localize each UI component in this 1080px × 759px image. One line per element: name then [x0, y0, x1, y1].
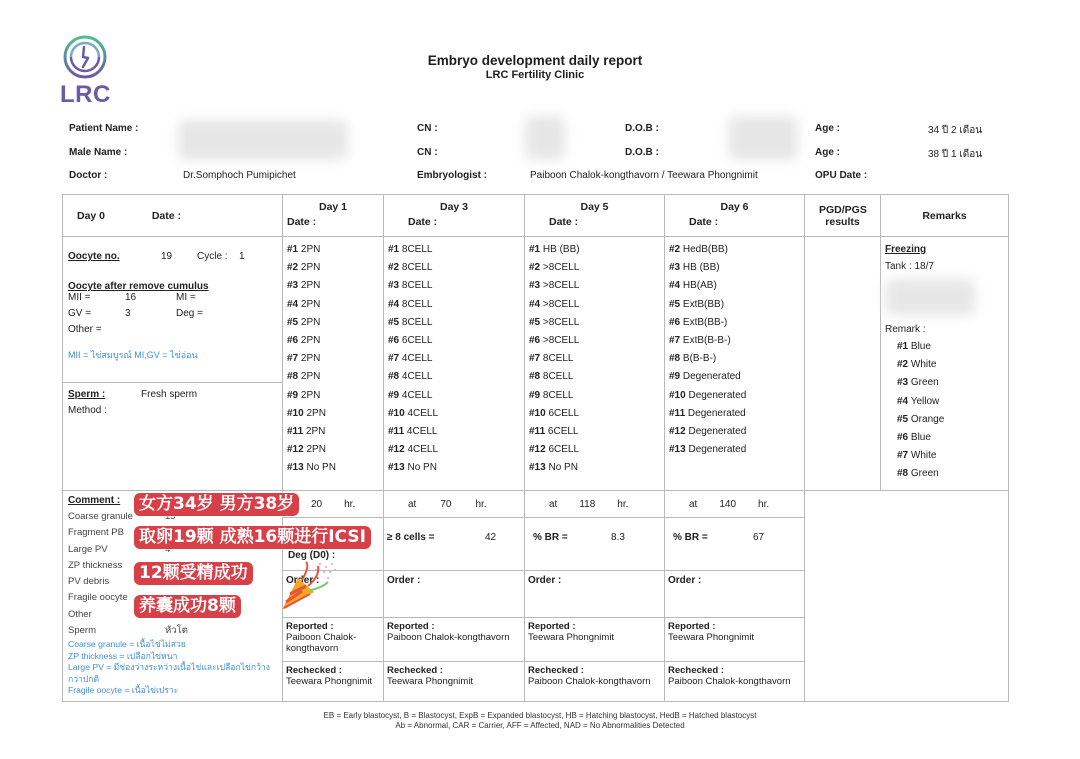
embryo-grade: >8CELL — [540, 299, 579, 310]
male-age: 38 ปี 1 เดือน — [928, 147, 982, 162]
embryo-list-item: #7 2PN — [287, 350, 383, 368]
freezing-remark-item: #7 White — [897, 447, 1004, 465]
sticker-fertilized: 12颗受精成功 — [134, 562, 253, 585]
embryo-number: #7 — [529, 353, 540, 364]
after-cumulus-heading: Oocyte after remove cumulus — [68, 281, 278, 292]
embryo-list-item: #1 8CELL — [388, 241, 524, 259]
embryo-number: #7 — [388, 353, 399, 364]
clinic-name: LRC Fertility Clinic — [0, 69, 1070, 81]
embryo-grade: Blue — [908, 341, 931, 352]
embryo-list-item: #5 >8CELL — [529, 314, 664, 332]
day6-order: Order : — [665, 571, 805, 618]
embryo-list-item: #3 >8CELL — [529, 277, 664, 295]
embryo-grade: 8CELL — [399, 244, 432, 255]
embryo-number: #13 — [669, 444, 686, 455]
embryo-number: #13 — [287, 462, 304, 473]
embryo-grade: No PN — [546, 462, 578, 473]
embryo-grade: HedB(BB) — [680, 244, 728, 255]
embryo-number: #13 — [388, 462, 405, 473]
report-title: Embryo development daily report — [0, 53, 1070, 68]
embryo-list-item: #8 8CELL — [529, 368, 664, 386]
embryo-list-item: #13 Degenerated — [669, 441, 804, 459]
embryo-list-item: #11 2PN — [287, 423, 383, 441]
comment-key: PV debris — [68, 576, 109, 587]
embryo-grade: Degenerated — [680, 371, 741, 382]
embryo-grade: 6CELL — [546, 444, 579, 455]
day3-cell-rate: ≥ 8 cells =42 — [384, 518, 525, 571]
day6-hours: at140hr. — [665, 491, 805, 518]
embryo-number: #7 — [897, 450, 908, 461]
doctor-value: Dr.Somphoch Pumipichet — [183, 170, 296, 181]
embryo-grade: 6CELL — [546, 408, 579, 419]
freezing-remark-item: #6 Blue — [897, 429, 1004, 447]
embryo-grade: Degenerated — [686, 390, 747, 401]
day0-header: Day 0 Date : — [63, 195, 283, 237]
day1-reported: Reported :Paiboon Chalok-kongthavorn — [283, 618, 384, 662]
embryo-grade: 8CELL — [540, 390, 573, 401]
embryo-list-item: #6 >8CELL — [529, 332, 664, 350]
day5-order: Order : — [525, 571, 665, 618]
embryo-list-item: #9 2PN — [287, 387, 383, 405]
remarks-header: Remarks — [881, 195, 1009, 237]
embryo-number: #1 — [287, 244, 298, 255]
embryo-grade: Yellow — [908, 396, 939, 407]
embryo-number: #11 — [529, 426, 545, 437]
female-age: 34 ปี 2 เดือน — [928, 123, 982, 138]
embryo-number: #1 — [388, 244, 399, 255]
embryo-list-item: #6 6CELL — [388, 332, 524, 350]
day3-embryos: #1 8CELL#2 8CELL#3 8CELL#4 8CELL#5 8CELL… — [384, 237, 525, 491]
embryo-number: #10 — [287, 408, 304, 419]
embryo-grade: Degenerated — [686, 426, 747, 437]
embryo-list-item: #7 4CELL — [388, 350, 524, 368]
embryo-list-item: #10 4CELL — [388, 405, 524, 423]
embryo-number: #12 — [287, 444, 304, 455]
day6-embryos: #2 HedB(BB)#3 HB (BB)#4 HB(AB)#5 ExtB(BB… — [665, 237, 805, 491]
embryo-list-item: #2 >8CELL — [529, 259, 664, 277]
comment-key: Sperm — [68, 625, 96, 636]
embryo-grade: 2PN — [304, 408, 326, 419]
cn-label-male: CN : — [417, 147, 438, 158]
embryo-number: #3 — [669, 262, 680, 273]
embryo-number: #9 — [388, 390, 399, 401]
embryo-number: #11 — [388, 426, 404, 437]
logo-text: LRC — [60, 82, 110, 108]
age-label-male: Age : — [815, 147, 840, 158]
comment-row: Spermหัวโต — [68, 623, 278, 639]
abbreviation-legend-line2: Ab = Abnormal, CAR = Carrier, AFF = Affe… — [0, 721, 1080, 730]
embryo-number: #6 — [388, 335, 399, 346]
embryo-number: #3 — [287, 280, 298, 291]
embryo-list-item: #11 6CELL — [529, 423, 664, 441]
day6-rechecked: Rechecked :Paiboon Chalok-kongthavorn — [665, 662, 805, 702]
embryo-grade: >8CELL — [540, 262, 579, 273]
embryo-number: #12 — [388, 444, 405, 455]
remarks-cell: Freezing Tank : 18/7 Remark : #1 Blue#2 … — [881, 237, 1009, 491]
comment-legend-line: Coarse granule = เนื้อไข่ไม่สวย — [68, 639, 278, 651]
comment-legend-line: Fragile oocyte = เนื้อไข่เปราะ — [68, 685, 278, 697]
embryo-grade: 6CELL — [399, 335, 432, 346]
cn-label-female: CN : — [417, 123, 438, 134]
embryo-number: #5 — [287, 317, 298, 328]
embryo-grade: 4CELL — [404, 426, 437, 437]
embryo-number: #12 — [529, 444, 546, 455]
embryo-number: #11 — [287, 426, 303, 437]
embryo-grade: 4CELL — [405, 408, 438, 419]
embryo-grade: >8CELL — [540, 317, 579, 328]
embryo-grade: HB (BB) — [540, 244, 579, 255]
embryo-number: #3 — [897, 377, 908, 388]
comment-value: หัวโต — [165, 623, 188, 639]
comment-key: Other — [68, 609, 92, 620]
embryo-list-item: #12 6CELL — [529, 441, 664, 459]
embryo-list-item: #3 2PN — [287, 277, 383, 295]
pgd-header: PGD/PGS results — [805, 195, 881, 237]
embryo-list-item: #4 8CELL — [388, 296, 524, 314]
embryo-number: #12 — [669, 426, 686, 437]
comment-legend-line: ZP thickness = เปลือกไข่หนา — [68, 651, 278, 663]
embryo-number: #2 — [287, 262, 298, 273]
embryo-grade: No PN — [405, 462, 437, 473]
embryo-number: #2 — [669, 244, 680, 255]
day3-header: Day 3 Date : — [384, 195, 525, 237]
embryo-grade: 2PN — [298, 262, 320, 273]
day6-header: Day 6 Date : — [665, 195, 805, 237]
sticker-retrieval: 取卵19颗 成熟16颗进行ICSI — [134, 526, 371, 549]
embryo-list-item: #4 2PN — [287, 296, 383, 314]
remark-label: Remark : — [885, 321, 1004, 338]
day0-cell: Oocyte no. 19 Cycle : 1 Oocyte after rem… — [63, 237, 283, 491]
embryo-grade: 4CELL — [399, 371, 432, 382]
embryo-number: #1 — [529, 244, 540, 255]
embryo-number: #8 — [529, 371, 540, 382]
embryo-grade: Degenerated — [685, 408, 746, 419]
day5-hours: at118hr. — [525, 491, 665, 518]
sticker-ages: 女方34岁 男方38岁 — [134, 493, 299, 516]
embryo-number: #4 — [897, 396, 908, 407]
day1-rechecked: Rechecked :Teewara Phongnimit — [283, 662, 384, 702]
embryo-list-item: #11 4CELL — [388, 423, 524, 441]
embryo-grade: 8CELL — [540, 353, 573, 364]
redacted-freezing-info — [885, 275, 1004, 319]
abbreviation-legend-line1: EB = Early blastocyst, B = Blastocyst, E… — [0, 711, 1080, 720]
embryo-grade: Orange — [908, 414, 944, 425]
embryo-list-item: #3 8CELL — [388, 277, 524, 295]
embryo-list-item: #13 No PN — [287, 459, 383, 477]
embryo-grade: 8CELL — [399, 280, 432, 291]
embryo-grade: 2PN — [298, 371, 320, 382]
embryo-number: #2 — [897, 359, 908, 370]
embryo-list-item: #8 4CELL — [388, 368, 524, 386]
freezing-remark-item: #8 Green — [897, 465, 1004, 483]
tank-value: Tank : 18/7 — [885, 258, 1004, 275]
comment-key: Fragment PB — [68, 527, 124, 538]
embryo-number: #4 — [287, 299, 298, 310]
embryo-grade: 2PN — [298, 335, 320, 346]
embryo-grade: Green — [908, 377, 939, 388]
day1-embryos: #1 2PN#2 2PN#3 2PN#4 2PN#5 2PN#6 2PN#7 2… — [283, 237, 384, 491]
embryo-number: #6 — [669, 317, 680, 328]
embryo-grade: ExtB(BB) — [680, 299, 724, 310]
embryo-grade: 2PN — [298, 299, 320, 310]
embryo-list-item: #13 No PN — [529, 459, 664, 477]
embryo-grade: 8CELL — [399, 262, 432, 273]
pgd-results-cell — [805, 237, 881, 491]
embryo-list-item: #3 HB (BB) — [669, 259, 804, 277]
embryo-number: #9 — [529, 390, 540, 401]
embryo-number: #6 — [529, 335, 540, 346]
doctor-label: Doctor : — [69, 170, 107, 181]
day3-reported: Reported :Paiboon Chalok-kongthavorn — [384, 618, 525, 662]
embryo-number: #8 — [897, 468, 908, 479]
embryo-list-item: #12 4CELL — [388, 441, 524, 459]
embryo-list-item: #10 6CELL — [529, 405, 664, 423]
embryo-number: #2 — [529, 262, 540, 273]
embryo-grade: 2PN — [298, 353, 320, 364]
embryo-list-item: #5 8CELL — [388, 314, 524, 332]
embryo-list-item: #9 Degenerated — [669, 368, 804, 386]
embryo-number: #7 — [669, 335, 680, 346]
comment-legend-line: Large PV = มีช่องว่างระหว่างเนื้อไข่และเ… — [68, 662, 278, 685]
embryo-number: #10 — [388, 408, 405, 419]
embryo-grade: 8CELL — [399, 317, 432, 328]
embryo-number: #5 — [388, 317, 399, 328]
embryo-list-item: #6 ExtB(BB-) — [669, 314, 804, 332]
embryo-list-item: #1 HB (BB) — [529, 241, 664, 259]
embryo-number: #3 — [388, 280, 399, 291]
embryo-grade: White — [908, 359, 936, 370]
embryo-list-item: #9 8CELL — [529, 387, 664, 405]
embryo-list-item: #7 8CELL — [529, 350, 664, 368]
embryo-number: #10 — [529, 408, 546, 419]
embryo-grade: Blue — [908, 432, 931, 443]
day5-br: % BR =8.3 — [525, 518, 665, 571]
day5-reported: Reported :Teewara Phongnimit — [525, 618, 665, 662]
embryo-grade: 4CELL — [405, 444, 438, 455]
dob-label-male: D.O.B : — [625, 147, 659, 158]
embryo-grade: 2PN — [298, 390, 320, 401]
embryo-grade: ExtB(B-B-) — [680, 335, 731, 346]
embryo-number: #7 — [287, 353, 298, 364]
embryo-grade: B(B-B-) — [680, 353, 716, 364]
comment-key: Large PV — [68, 544, 108, 555]
day6-reported: Reported :Teewara Phongnimit — [665, 618, 805, 662]
male-name-label: Male Name : — [69, 147, 127, 158]
embryo-grade: 2PN — [304, 444, 326, 455]
embryo-list-item: #10 2PN — [287, 405, 383, 423]
embryologist-label: Embryologist : — [417, 170, 487, 181]
embryo-number: #5 — [897, 414, 908, 425]
comment-key: Coarse granule — [68, 511, 133, 522]
embryo-grade: Degenerated — [686, 444, 747, 455]
embryo-number: #4 — [669, 280, 680, 291]
embryo-number: #8 — [388, 371, 399, 382]
embryo-number: #13 — [529, 462, 546, 473]
embryo-body-row: Oocyte no. 19 Cycle : 1 Oocyte after rem… — [63, 237, 1009, 491]
freezing-label: Freezing — [885, 241, 1004, 258]
day5-header: Day 5 Date : — [525, 195, 665, 237]
party-popper-icon — [280, 558, 342, 612]
embryo-list-item: #2 8CELL — [388, 259, 524, 277]
embryo-list-item: #12 Degenerated — [669, 423, 804, 441]
redacted-dob — [728, 116, 798, 160]
freezing-remark-item: #2 White — [897, 356, 1004, 374]
embryo-grade: 4CELL — [399, 390, 432, 401]
embryo-number: #6 — [287, 335, 298, 346]
embryo-list-item: #5 2PN — [287, 314, 383, 332]
embryo-grade: ExtB(BB-) — [680, 317, 727, 328]
embryo-number: #5 — [669, 299, 680, 310]
redacted-names — [178, 120, 348, 160]
embryo-number: #3 — [529, 280, 540, 291]
embryo-list-item: #4 >8CELL — [529, 296, 664, 314]
day5-rechecked: Rechecked :Paiboon Chalok-kongthavorn — [525, 662, 665, 702]
embryo-list-item: #2 HedB(BB) — [669, 241, 804, 259]
freezing-remark-item: #1 Blue — [897, 338, 1004, 356]
embryo-grade: HB (BB) — [680, 262, 719, 273]
embryo-number: #8 — [287, 371, 298, 382]
day5-embryos: #1 HB (BB)#2 >8CELL#3 >8CELL#4 >8CELL#5 … — [525, 237, 665, 491]
embryo-number: #6 — [897, 432, 908, 443]
freezing-remark-item: #5 Orange — [897, 411, 1004, 429]
embryo-grade: 6CELL — [545, 426, 578, 437]
embryo-grade: No PN — [304, 462, 336, 473]
comment-key: Fragile oocyte — [68, 592, 128, 603]
oocyte-legend: MII = ไข่สมบูรณ์ MI,GV = ไข่อ่อน — [68, 348, 278, 362]
embryo-number: #4 — [388, 299, 399, 310]
embryo-grade: HB(AB) — [680, 280, 717, 291]
embryo-list-item: #1 2PN — [287, 241, 383, 259]
redacted-cn — [525, 116, 565, 160]
patient-name-label: Patient Name : — [69, 123, 138, 134]
embryo-grade: 2PN — [298, 244, 320, 255]
day1-header: Day 1 Date : — [283, 195, 384, 237]
embryo-grade: >8CELL — [540, 280, 579, 291]
embryo-list-item: #12 2PN — [287, 441, 383, 459]
day3-hours: at70hr. — [384, 491, 525, 518]
embryo-grade: 2PN — [303, 426, 325, 437]
embryo-list-item: #11 Degenerated — [669, 405, 804, 423]
embryo-number: #10 — [669, 390, 686, 401]
embryo-list-item: #5 ExtB(BB) — [669, 296, 804, 314]
embryo-list-item: #13 No PN — [388, 459, 524, 477]
opu-date-label: OPU Date : — [815, 170, 867, 181]
table-header-row: Day 0 Date : Day 1 Date : Day 3 Date : D… — [63, 195, 1009, 237]
day3-order: Order : — [384, 571, 525, 618]
embryo-grade: 4CELL — [399, 353, 432, 364]
embryo-number: #9 — [669, 371, 680, 382]
freezing-remark-item: #4 Yellow — [897, 393, 1004, 411]
embryo-list-item: #7 ExtB(B-B-) — [669, 332, 804, 350]
embryo-list-item: #9 4CELL — [388, 387, 524, 405]
embryo-grade: 2PN — [298, 317, 320, 328]
embryo-list-item: #8 2PN — [287, 368, 383, 386]
comment-key: ZP thickness — [68, 560, 122, 571]
embryo-number: #2 — [388, 262, 399, 273]
embryo-list-item: #8 B(B-B-) — [669, 350, 804, 368]
embryo-list-item: #2 2PN — [287, 259, 383, 277]
sticker-blastocyst: 养囊成功8颗 — [134, 595, 241, 618]
embryo-number: #8 — [669, 353, 680, 364]
embryo-grade: 8CELL — [399, 299, 432, 310]
empty-right-block — [805, 491, 1009, 702]
embryo-grade: White — [908, 450, 936, 461]
embryo-number: #1 — [897, 341, 908, 352]
age-label-female: Age : — [815, 123, 840, 134]
embryo-grade: >8CELL — [540, 335, 579, 346]
embryo-list-item: #4 HB(AB) — [669, 277, 804, 295]
day3-rechecked: Rechecked :Teewara Phongnimit — [384, 662, 525, 702]
dob-label-female: D.O.B : — [625, 123, 659, 134]
embryologist-value: Paiboon Chalok-kongthavorn / Teewara Pho… — [530, 170, 758, 181]
embryo-grade: 8CELL — [540, 371, 573, 382]
embryo-number: #5 — [529, 317, 540, 328]
freezing-remark-item: #3 Green — [897, 374, 1004, 392]
embryo-grade: Green — [908, 468, 939, 479]
embryo-list-item: #6 2PN — [287, 332, 383, 350]
embryo-report-table: Day 0 Date : Day 1 Date : Day 3 Date : D… — [62, 194, 1009, 702]
embryo-number: #9 — [287, 390, 298, 401]
day6-br: % BR =67 — [665, 518, 805, 571]
embryo-number: #4 — [529, 299, 540, 310]
embryo-number: #11 — [669, 408, 685, 419]
embryo-list-item: #10 Degenerated — [669, 387, 804, 405]
report-header: Embryo development daily report LRC Fert… — [0, 53, 1070, 81]
embryo-grade: 2PN — [298, 280, 320, 291]
